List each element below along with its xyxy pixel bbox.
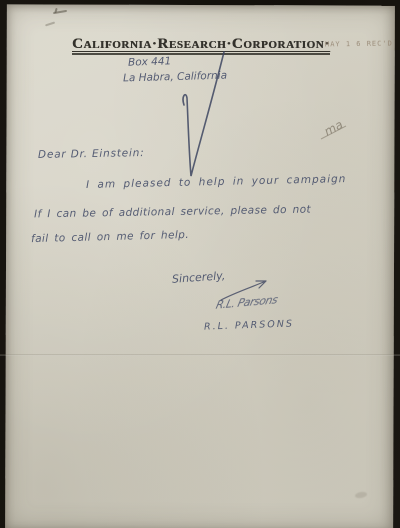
signature-script: R.L. Parsons [215, 293, 279, 312]
received-date-stamp: MAY 1 6 REC'D [325, 40, 393, 49]
salutation: Dear Dr. Einstein: [38, 147, 145, 161]
letterhead-title: California·Research·Corporation· [72, 36, 330, 55]
body-line: fail to call on me for help. [31, 229, 189, 245]
body-line: If I can be of additional service, pleas… [34, 204, 311, 221]
letter-content: California·Research·Corporation· MAY 1 6… [0, 0, 400, 528]
return-address-line2: La Habra, California [123, 70, 227, 85]
return-address-line1: Box 441 [128, 55, 172, 69]
pencil-smudge [355, 491, 368, 499]
closing: Sincerely, [172, 269, 226, 286]
fold-crease [0, 354, 400, 356]
body-line: I am pleased to help in your campaign [86, 173, 347, 191]
scanned-letter: California·Research·Corporation· MAY 1 6… [0, 0, 400, 528]
pencil-note: ma [322, 117, 345, 138]
signature-printed: R.L. PARSONS [204, 318, 294, 332]
pencil-mark [45, 21, 55, 26]
